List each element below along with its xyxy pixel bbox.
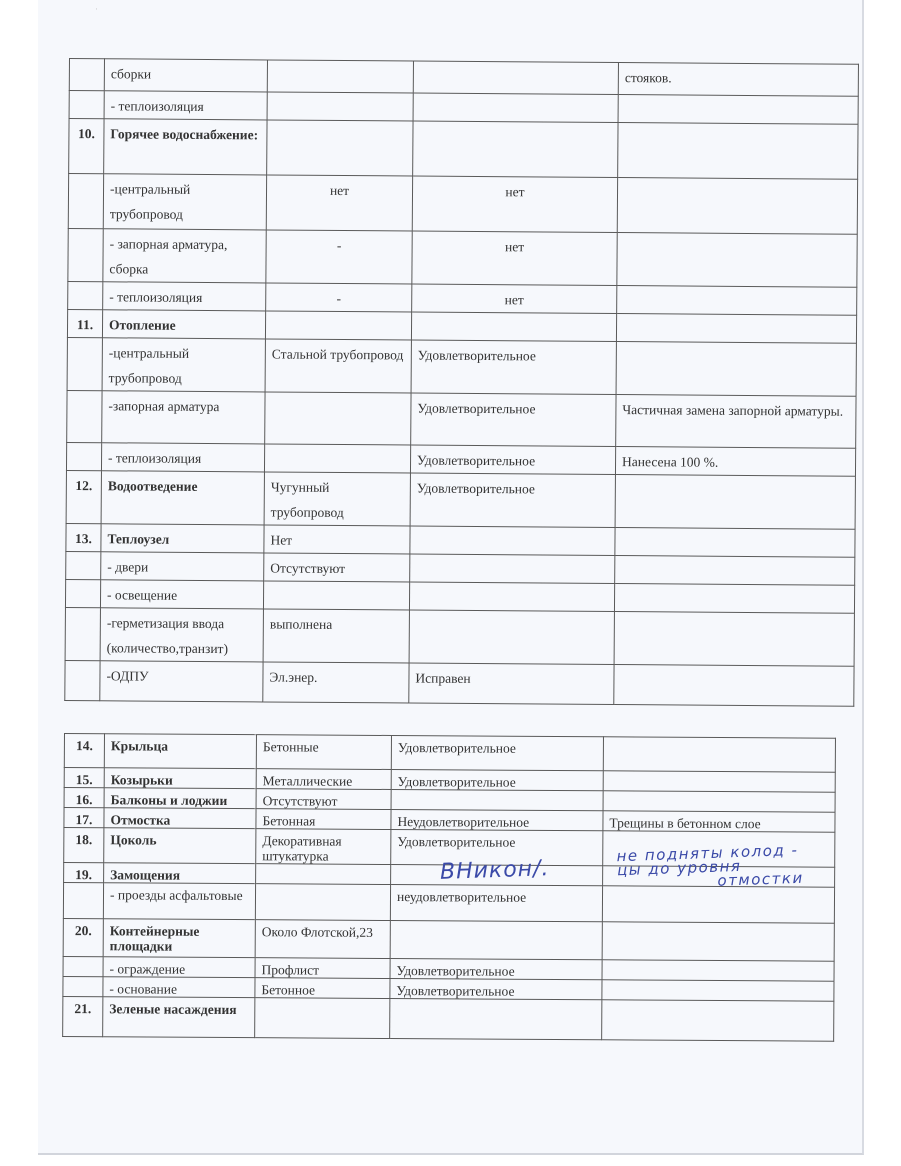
row-item: - двери — [101, 552, 264, 581]
row-number — [67, 337, 102, 390]
row-condition: Удовлетворительное — [410, 473, 615, 528]
row-condition — [390, 998, 602, 1039]
row-notes — [603, 791, 835, 812]
row-item: - основание — [103, 977, 255, 998]
row-condition: Удовлетворительное — [391, 769, 603, 790]
row-item: -центральный трубопровод — [102, 338, 265, 392]
row-number — [65, 607, 100, 660]
row-number — [63, 976, 103, 996]
row-material: Отсутствуют — [264, 553, 410, 582]
row-notes — [616, 314, 856, 344]
row-material — [267, 92, 413, 121]
row-number — [63, 956, 103, 976]
row-item: -запорная арматура — [102, 391, 265, 444]
row-condition — [390, 920, 602, 959]
row-number: 13. — [66, 523, 101, 551]
row-item: Теплоузел — [101, 524, 264, 553]
row-material: нет — [266, 175, 412, 231]
row-item: - проезды асфальтовые — [103, 883, 255, 920]
row-notes — [614, 665, 854, 707]
row-material: выполнена — [263, 609, 409, 663]
row-number: 21. — [63, 996, 103, 1036]
row-material: Профлист — [255, 958, 390, 979]
row-notes — [615, 475, 855, 530]
row-condition — [410, 526, 615, 556]
row-item: Зеленые насаждения — [103, 997, 255, 1038]
table-row: -центральный трубопроводнетнет — [68, 174, 857, 235]
row-condition: Неудовлетворительное — [391, 809, 603, 830]
row-item: Горячее водоснабжение: — [104, 119, 267, 175]
row-notes — [603, 737, 835, 772]
row-notes — [602, 886, 834, 923]
row-number: 15. — [64, 768, 104, 788]
table-row: -запорная арматураУдовлетворительноеЧаст… — [67, 390, 856, 448]
row-number: 19. — [64, 863, 104, 883]
row-number — [67, 390, 102, 442]
row-notes — [602, 922, 834, 961]
row-material — [264, 444, 410, 473]
row-material — [256, 864, 391, 885]
row-number — [63, 883, 103, 919]
handwritten-signature: ВНикон/. — [440, 856, 550, 885]
row-item: Водоотведение — [101, 471, 264, 525]
row-condition: Удовлетворительное — [410, 445, 615, 475]
table-row: 14.КрыльцаБетонныеУдовлетворительное — [64, 734, 835, 773]
handwritten-note: не подняты колод - цы до уровня отмостки — [616, 843, 804, 891]
row-item: Крыльца — [104, 734, 256, 769]
row-number — [66, 551, 101, 579]
table-row: 21.Зеленые насаждения — [63, 996, 834, 1041]
row-condition: Удовлетворительное — [411, 340, 616, 395]
row-item: Контейнерные площадки — [103, 919, 255, 958]
row-condition: Удовлетворительное — [391, 736, 603, 771]
row-notes — [603, 771, 835, 792]
scan-artifact: · — [95, 4, 98, 14]
row-number: 16. — [64, 788, 104, 808]
row-item: - запорная арматура, сборка — [103, 229, 266, 283]
row-item: сборки — [104, 59, 267, 92]
row-notes — [617, 286, 857, 316]
row-material: Чугунный трубопровод — [264, 472, 410, 526]
row-material: Бетонная — [256, 809, 391, 830]
row-notes — [615, 528, 855, 558]
row-material — [255, 998, 390, 1039]
row-number: 17. — [64, 808, 104, 828]
row-condition — [409, 610, 614, 665]
row-number: 20. — [63, 918, 103, 956]
row-number: 11. — [67, 309, 102, 337]
row-material: Стальной трубопровод — [265, 339, 411, 393]
row-number — [66, 442, 101, 470]
row-condition: нет — [412, 176, 617, 233]
row-item: -центральный трубопровод — [103, 174, 266, 230]
row-material: Около Флотской,23 — [255, 920, 390, 959]
row-notes — [615, 556, 855, 586]
row-notes: стояков. — [618, 63, 858, 97]
row-item: Цоколь — [104, 828, 256, 864]
row-number — [69, 59, 104, 91]
row-item: -ОДПУ — [100, 661, 263, 702]
row-notes — [602, 980, 834, 1001]
row-item: -герметизация ввода (количество,транзит) — [100, 608, 263, 662]
row-item: - ограждение — [103, 957, 255, 978]
row-number: 10. — [69, 119, 104, 174]
row-item: Замощения — [104, 863, 256, 884]
row-item: Отмостка — [104, 808, 256, 829]
row-condition: Удовлетворительное — [390, 978, 602, 999]
table-row: 12.ВодоотведениеЧугунный трубопроводУдов… — [66, 470, 855, 529]
row-condition: Исправен — [409, 663, 614, 705]
row-condition: неудовлетворительное — [390, 884, 602, 921]
row-condition: нет — [412, 284, 617, 314]
row-number — [68, 174, 103, 229]
row-notes — [614, 584, 854, 614]
row-notes — [616, 342, 856, 397]
row-material: Бетонные — [256, 735, 391, 770]
inspection-table-top: сборкистояков.- теплоизоляция10.Горячее … — [64, 58, 859, 707]
row-notes: Частичная замена запорной арматуры. — [616, 395, 856, 449]
row-number — [65, 579, 100, 607]
row-number: 18. — [64, 828, 104, 863]
row-material: Эл.энер. — [263, 662, 409, 703]
row-item: Балконы и лоджии — [104, 788, 256, 809]
row-material: Бетонное — [255, 978, 390, 999]
row-item: Козырьки — [104, 768, 256, 789]
row-item: - теплоизоляция — [101, 443, 264, 472]
row-notes — [602, 1000, 834, 1041]
row-item: - теплоизоляция — [103, 282, 266, 311]
row-condition — [413, 61, 618, 95]
row-material: Отсутствуют — [256, 789, 391, 810]
table-row: 20.Контейнерные площадкиОколо Флотской,2… — [63, 918, 834, 961]
row-notes — [617, 233, 857, 288]
row-number — [68, 281, 103, 309]
row-material — [265, 392, 411, 445]
table-row: -ОДПУЭл.энер.Исправен — [65, 660, 854, 706]
row-notes: Нанесена 100 %. — [615, 447, 855, 477]
row-material: - — [266, 230, 412, 284]
table-row: 10.Горячее водоснабжение: — [69, 119, 858, 180]
row-material: Декоративная штукатурка — [256, 829, 391, 865]
row-condition: Удовлетворительное — [390, 958, 602, 979]
row-condition: Удовлетворительное — [411, 393, 616, 447]
row-number — [68, 228, 103, 281]
row-item: Отопление — [102, 310, 265, 339]
row-notes — [618, 123, 858, 180]
row-condition — [391, 789, 603, 810]
table-row: - запорная арматура, сборка-нет — [68, 228, 857, 287]
table-row: -центральный трубопроводСтальной трубопр… — [67, 337, 856, 396]
row-condition — [411, 312, 616, 342]
row-notes — [614, 612, 854, 667]
row-number: 14. — [64, 734, 104, 768]
row-notes — [602, 960, 834, 981]
row-material: Нет — [264, 525, 410, 554]
table-row: -герметизация ввода (количество,транзит)… — [65, 607, 854, 666]
row-material — [267, 120, 413, 176]
row-condition — [413, 121, 618, 178]
row-number — [65, 660, 100, 700]
row-notes: Трещины в бетонном слое — [603, 811, 835, 832]
row-number — [69, 91, 104, 119]
row-condition — [409, 582, 614, 612]
row-condition — [413, 93, 618, 123]
row-notes — [618, 95, 858, 125]
row-notes — [617, 178, 857, 235]
row-material: Металлические — [256, 769, 391, 790]
row-number: 12. — [66, 470, 101, 523]
row-material — [265, 311, 411, 340]
row-item: - освещение — [100, 580, 263, 609]
row-condition — [410, 554, 615, 584]
row-item: - теплоизоляция — [104, 91, 267, 120]
row-material — [255, 884, 390, 921]
row-material — [267, 60, 413, 93]
row-material: - — [266, 283, 412, 312]
row-material — [263, 581, 409, 610]
row-condition: нет — [412, 231, 617, 286]
